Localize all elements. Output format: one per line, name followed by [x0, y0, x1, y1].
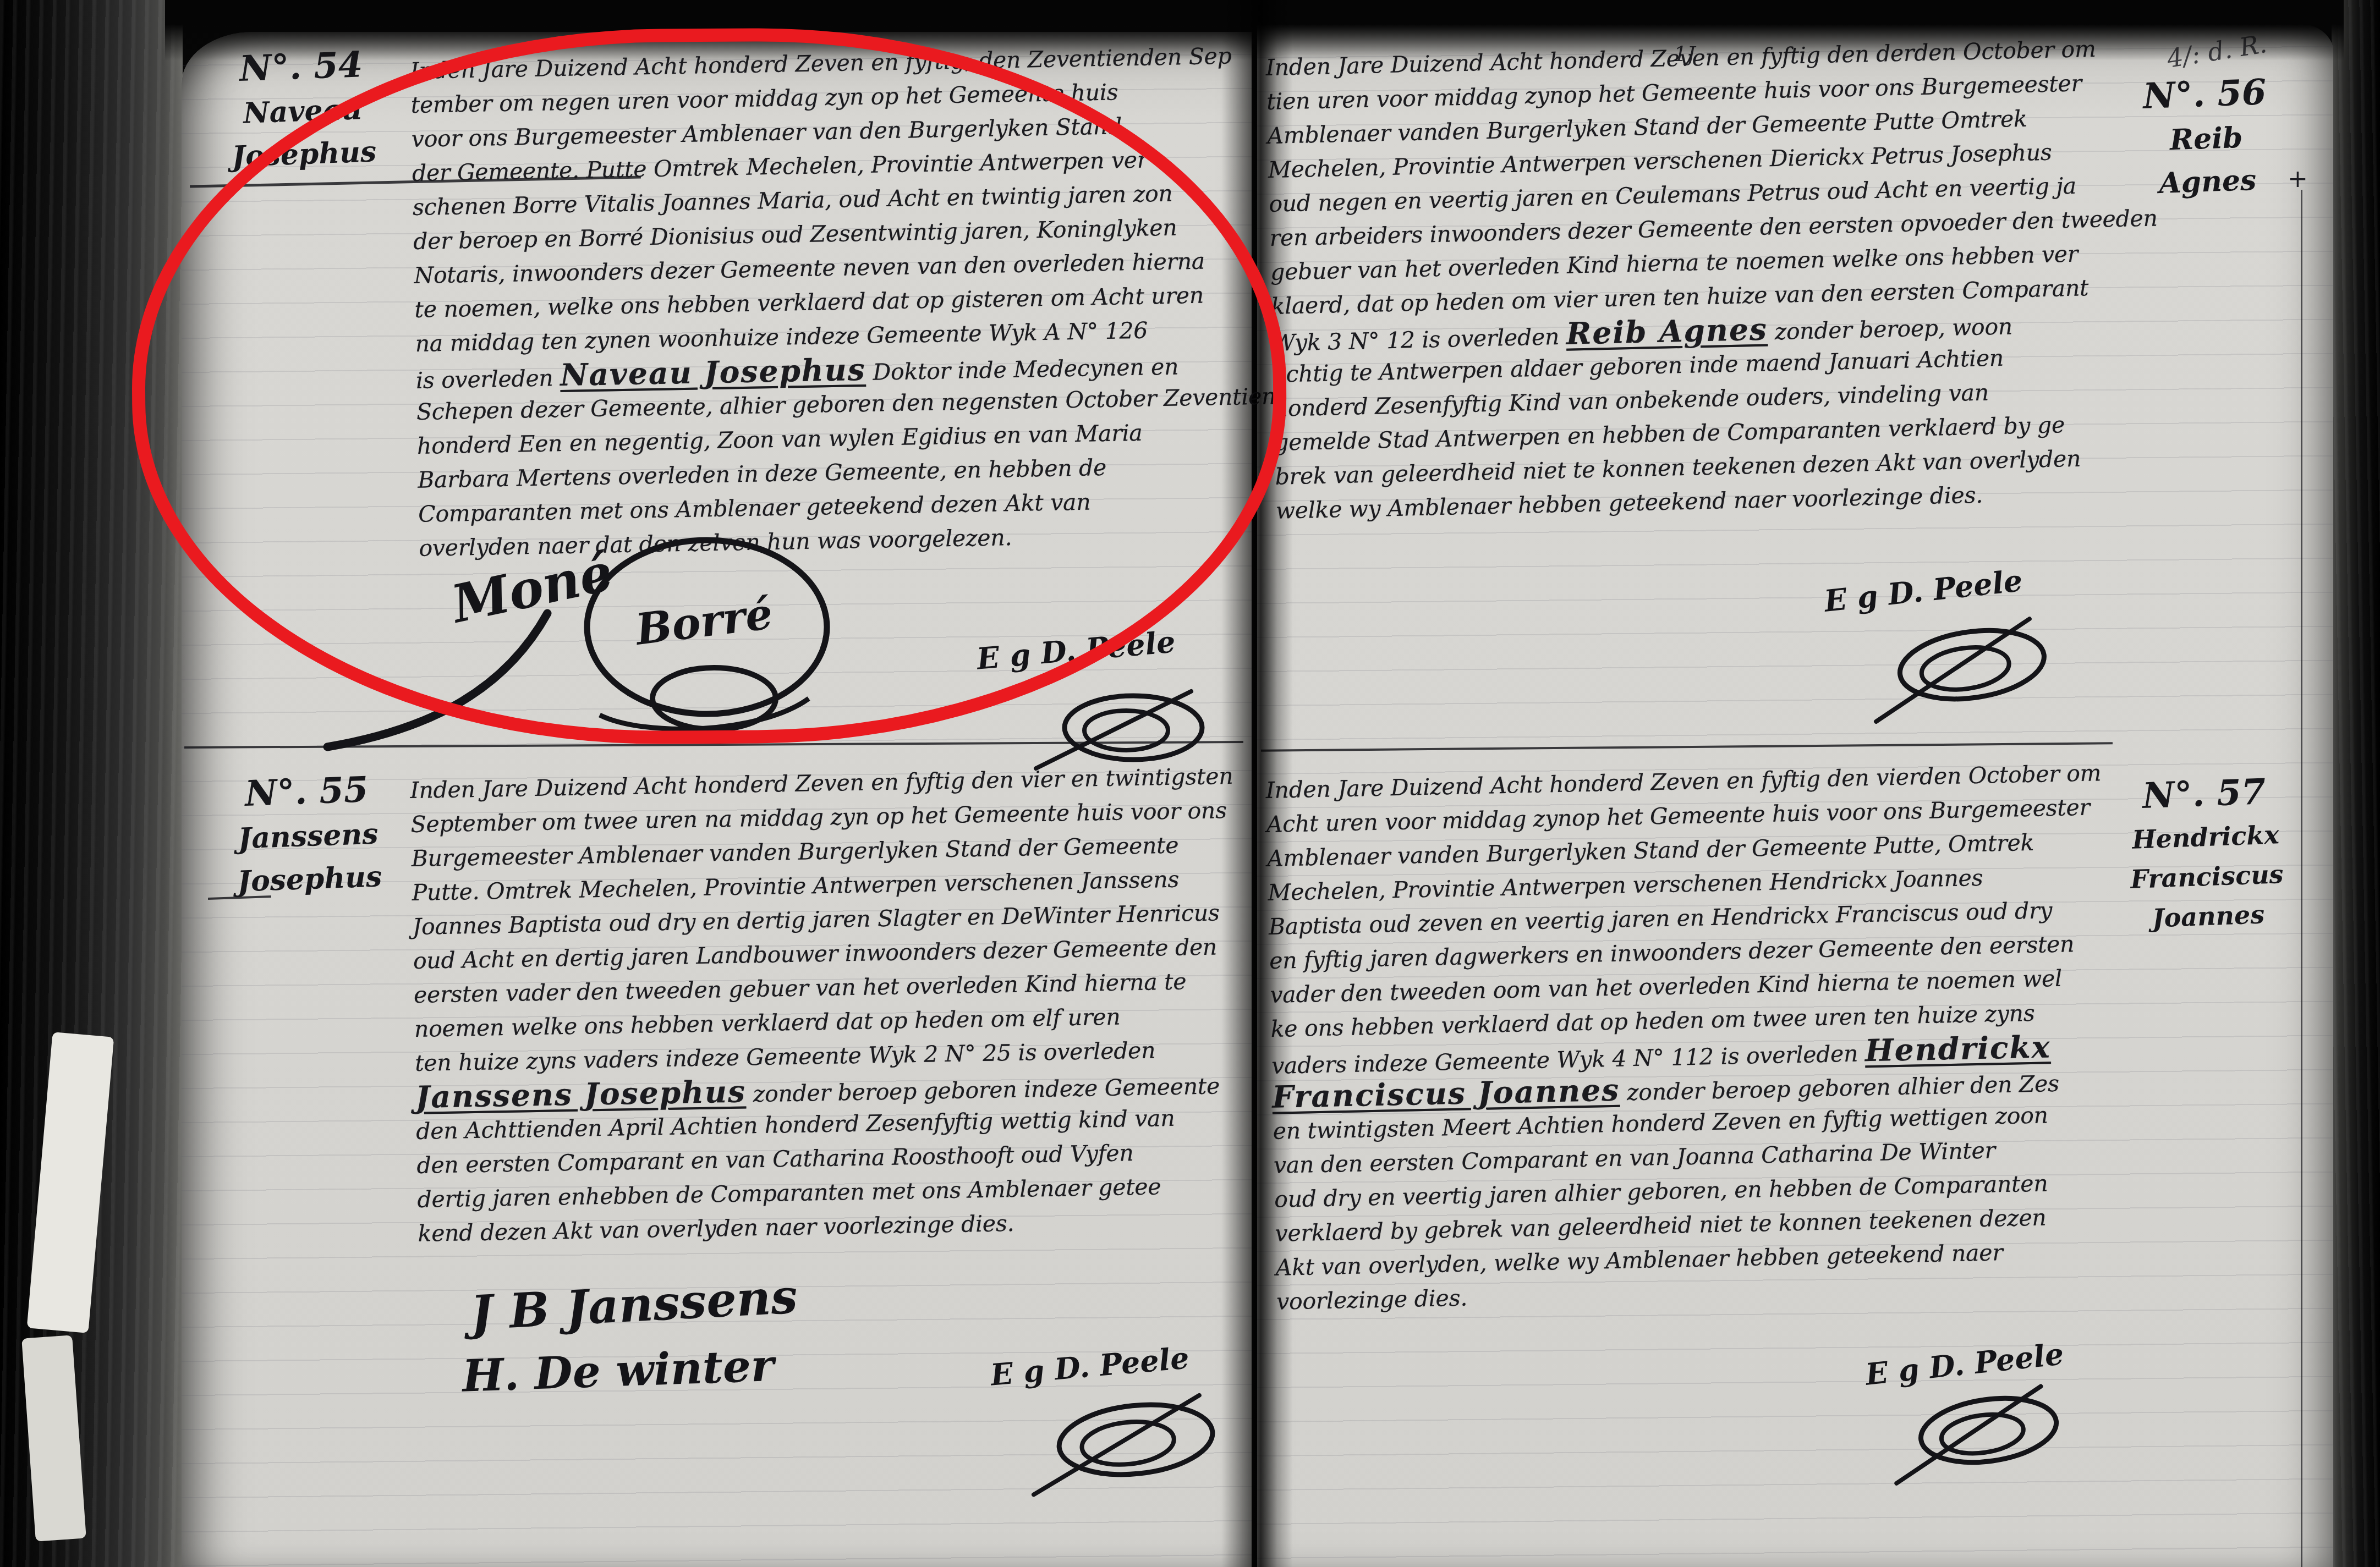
- margin-name-line: Josephus: [199, 854, 420, 905]
- record-55-margin: N°. 55 JanssensJosephus: [196, 765, 420, 905]
- margin-name-line: Reib: [2090, 114, 2322, 165]
- register-scan: + N°. 54 NaveauJosephus Inden Jare Duize…: [0, 0, 2380, 1567]
- record-57-text: Inden Jare Duizend Acht honderd Zeven en…: [1265, 756, 2126, 1319]
- margin-names: NaveauJosephus: [192, 86, 415, 180]
- line-text: is overleden: [415, 365, 560, 394]
- record-55-text: Inden Jare Duizend Acht honderd Zeven en…: [410, 758, 1268, 1251]
- record-number: N°. 56: [2088, 68, 2321, 122]
- margin-name-line: Janssens: [198, 811, 419, 862]
- deceased-name: Hendrickx: [1864, 1029, 2051, 1068]
- margin-name-line: Naveau: [192, 86, 413, 137]
- line-text: Doktor inde Medecynen en: [865, 353, 1178, 385]
- book-spine-left: [0, 0, 183, 1567]
- record-lines: Inden Jare Duizend Acht honderd Zeven en…: [1265, 756, 2126, 1319]
- record-number: N°. 54: [190, 40, 412, 94]
- record-56-text: Inden Jare Duizend Acht honderd Zeven en…: [1265, 31, 2126, 528]
- record-54-text: Inden Jare Duizend Acht honderd Zeven en…: [410, 39, 1269, 565]
- margin-name-line: Agnes: [2092, 157, 2324, 208]
- margin-names: JanssensJosephus: [198, 811, 420, 905]
- record-56-margin: N°. 56 ReibAgnes: [2088, 68, 2324, 208]
- record-54-margin: N°. 54 NaveauJosephus: [190, 40, 415, 180]
- record-lines: Inden Jare Duizend Acht honderd Zeven en…: [410, 758, 1268, 1251]
- deceased-name: Janssens Josephus: [415, 1073, 747, 1114]
- deceased-name: Reib Agnes: [1566, 311, 1768, 351]
- deceased-name: Naveau Josephus: [560, 351, 866, 393]
- record-lines: Inden Jare Duizend Acht honderd Zeven en…: [410, 39, 1269, 565]
- margin-name-line: Josephus: [194, 129, 415, 180]
- line-text: zonder beroep, woon: [1767, 313, 2012, 345]
- signature-witness-2: H. De winter: [462, 1339, 775, 1402]
- margin-names: ReibAgnes: [2090, 114, 2324, 208]
- record-lines: Inden Jare Duizend Acht honderd Zeven en…: [1265, 31, 2126, 528]
- signature-flourish-tail: [319, 600, 556, 759]
- registrar-paraph: [1013, 1380, 1232, 1506]
- book-edge-right: [2332, 0, 2380, 1567]
- record-number: N°. 55: [196, 765, 418, 819]
